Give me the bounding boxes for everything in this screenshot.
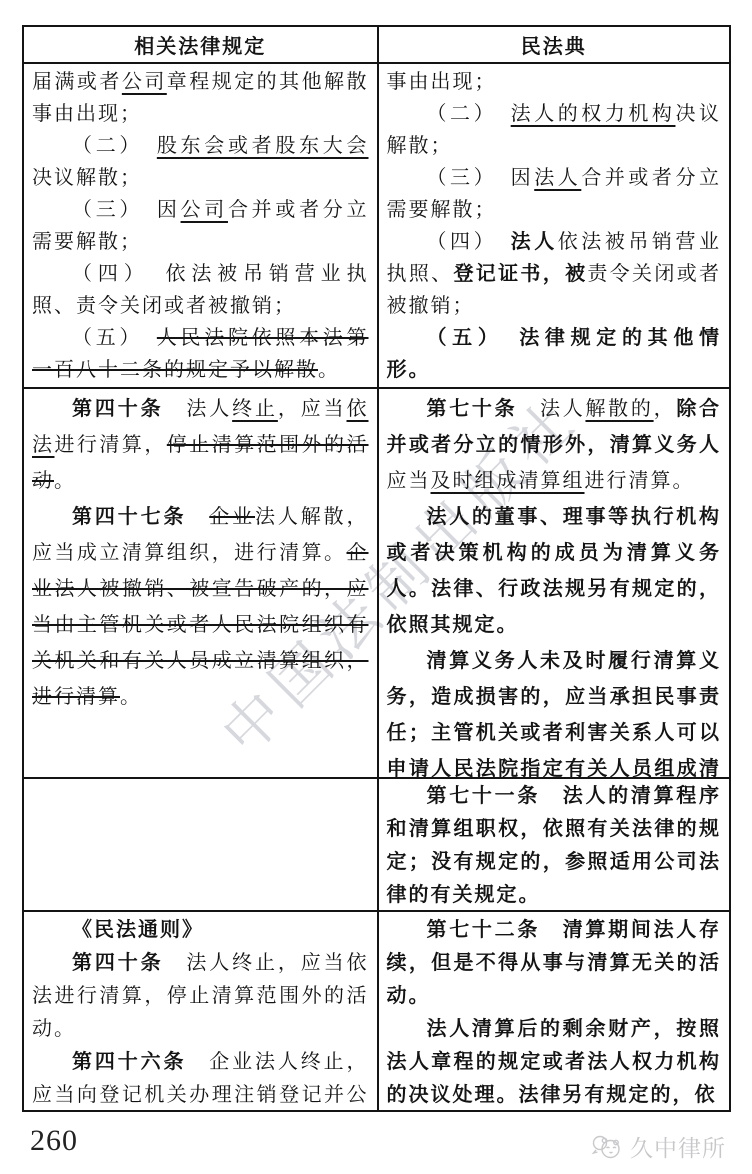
table-cell-left: 《民法通则》第四十条 法人终止，应当依法进行清算，停止清算范围外的活动。第四十六… [24,912,377,1110]
paragraph: 第四十七条 企业法人解散，应当成立清算组织，进行清算。企业法人被撤销、被宣告破产… [32,499,369,715]
paragraph: 法人清算后的剩余财产，按照法人章程的规定或者法人权力机构的决议处理。法律另有规定… [387,1013,722,1110]
text-run: 终止 [232,398,278,420]
paragraph: （二） 股东会或者股东大会决议解散； [32,130,369,194]
text-run: 股东会或者股东大会 [157,135,369,157]
text-run: （三） 因 [72,199,181,221]
text-run: 第四十条 [72,952,164,974]
table-cell-right: 第七十二条 清算期间法人存续，但是不得从事与清算无关的活动。法人清算后的剩余财产… [377,912,730,1110]
paragraph: 第四十六条 企业法人终止，应当向登记机关办理注销登记并公告。 [32,1046,369,1110]
text-run: 解散的 [585,398,653,420]
paragraph: （四） 法人依法被吊销营业执照、登记证书，被责令关闭或者被撤销； [387,226,722,322]
text-run: （四） 依法被吊销营业执照、责令关闭或者被撤销； [32,263,369,317]
paragraph: 第四十条 法人终止，应当依法进行清算，停止清算范围外的活动。 [32,947,369,1046]
text-run: 届满或者 [32,71,122,93]
text-run: （四） [427,231,511,253]
text-run: 企业 [209,506,255,528]
paragraph: （三） 因公司合并或者分立需要解散； [32,194,369,258]
table-row: 《民法通则》第四十条 法人终止，应当依法进行清算，停止清算范围外的活动。第四十六… [24,910,729,1110]
paragraph: 第七十二条 清算期间法人存续，但是不得从事与清算无关的活动。 [387,914,722,1013]
text-run: （二） [72,135,157,157]
header-cell-civil-code: 民法典 [377,27,730,62]
table-cell-right: 第七十一条 法人的清算程序和清算组职权，依照有关法律的规定；没有规定的，参照适用… [377,779,730,910]
paragraph: （三） 因法人合并或者分立需要解散； [387,162,722,226]
text-run: （五） 法律规定的其他情形。 [387,327,722,381]
text-run: 。 [54,470,76,492]
book-page: 中国法制出版社 相关法律规定 民法典 届满或者公司章程规定的其他解散事由出现；（… [0,0,752,1174]
text-run: 事由出现； [387,71,497,93]
text-run: 法人 [517,398,585,420]
table-header-row: 相关法律规定 民法典 [24,27,729,62]
text-run: ，应当 [278,398,347,420]
text-run: 第七十二条 [427,919,541,941]
paragraph: （二） 法人的权力机构决议解散； [387,98,722,162]
text-run: （二） [427,103,511,125]
text-run: 第七十条 [427,398,518,420]
text-run: 法人 [164,398,233,420]
text-run: （五） [72,327,157,349]
text-run: 公司 [122,71,167,93]
text-run: 进行清算， [54,434,166,456]
table-cell-right: 第七十条 法人解散的，除合并或者分立的情形外，清算义务人应当及时组成清算组进行清… [377,389,730,777]
paragraph: （四） 依法被吊销营业执照、责令关闭或者被撤销； [32,258,369,322]
text-run: 法人的董事、理事等执行机构或者决策机构的成员为清算义务人。法律、行政法规另有规定… [387,506,722,636]
text-run: 。 [120,686,142,708]
text-run: 应当 [387,470,431,492]
text-run: 企业法人被撤销、被宣告破产的，应当由主管机关或者人民法院组织有关机关和有关人员成… [32,542,369,708]
text-run: 第四十七条 [72,506,186,528]
text-run: 第四十六条 [72,1051,186,1073]
table-cell-left [24,779,377,910]
comparison-table: 相关法律规定 民法典 届满或者公司章程规定的其他解散事由出现；（二） 股东会或者… [22,25,731,1112]
text-run [186,506,209,528]
text-run: 清算义务人未及时履行清算义务，造成损害的，应当承担民事责任；主管机关或者利害关系… [387,650,722,777]
table-row: 届满或者公司章程规定的其他解散事由出现；（二） 股东会或者股东大会决议解散；（三… [24,62,729,387]
text-run: 第七十一条 [427,785,541,807]
text-run: 及时组成清算组 [431,470,585,492]
paragraph: 清算义务人未及时履行清算义务，造成损害的，应当承担民事责任；主管机关或者利害关系… [387,643,722,777]
paragraph: 事由出现； [387,66,722,98]
brand-mark: 久中律所 [590,1130,726,1163]
text-run: （三） 因 [427,167,535,189]
text-run: 法人的权力机构 [511,103,676,125]
paragraph: （五） 人民法院依照本法第一百八十二条的规定予以解散。 [32,322,369,386]
header-cell-old-law: 相关法律规定 [24,27,377,62]
text-run: 决议解散； [32,167,142,189]
text-run: 。 [318,359,340,381]
text-run: 进行清算。 [585,470,695,492]
table-body: 届满或者公司章程规定的其他解散事由出现；（二） 股东会或者股东大会决议解散；（三… [24,62,729,1110]
paragraph: 届满或者公司章程规定的其他解散事由出现； [32,66,369,130]
paragraph: （五） 法律规定的其他情形。 [387,322,722,386]
brand-name: 久中律所 [630,1130,726,1163]
text-run: 法人清算后的剩余财产，按照法人章程的规定或者法人权力机构的决议处理。法律另有规定… [387,1018,722,1106]
text-run: 公司 [181,199,228,221]
text-run: 登记证书，被 [453,263,587,285]
text-run: 第四十条 [72,398,164,420]
table-cell-left: 届满或者公司章程规定的其他解散事由出现；（二） 股东会或者股东大会决议解散；（三… [24,64,377,387]
paragraph: 第四十条 法人终止，应当依法进行清算，停止清算范围外的活动。 [32,391,369,499]
table-row: 第四十条 法人终止，应当依法进行清算，停止清算范围外的活动。第四十七条 企业法人… [24,387,729,777]
text-run: 法人 [534,167,581,189]
paragraph: 第七十一条 法人的清算程序和清算组职权，依照有关法律的规定；没有规定的，参照适用… [387,780,722,910]
text-run: 法人 [511,231,558,253]
page-number: 260 [30,1124,78,1158]
table-row: 第七十一条 法人的清算程序和清算组职权，依照有关法律的规定；没有规定的，参照适用… [24,777,729,910]
paragraph: 第七十条 法人解散的，除合并或者分立的情形外，清算义务人应当及时组成清算组进行清… [387,391,722,499]
panda-logo-icon [590,1132,626,1162]
paragraph: 法人的董事、理事等执行机构或者决策机构的成员为清算义务人。法律、行政法规另有规定… [387,499,722,643]
page-footer: 260 久中律所 [0,1120,752,1170]
table-cell-right: 事由出现；（二） 法人的权力机构决议解散；（三） 因法人合并或者分立需要解散；（… [377,64,730,387]
text-run: ， [654,398,677,420]
table-cell-left: 第四十条 法人终止，应当依法进行清算，停止清算范围外的活动。第四十七条 企业法人… [24,389,377,777]
text-run: 《民法通则》 [72,919,204,941]
paragraph: 《民法通则》 [32,914,369,947]
